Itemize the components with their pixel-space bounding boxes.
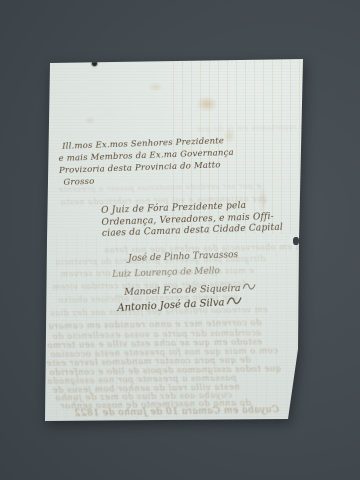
address-block: Ill.mos Ex.mos Senhores Prezidente e mai… — [58, 135, 235, 189]
manuscript-paper: aos quaes nos reportamos em fe do que e … — [0, 0, 360, 480]
torn-edge-notch-icon — [293, 237, 299, 245]
body-paragraph: O Juiz de Fóra Prezidente pela Ordenança… — [101, 200, 283, 241]
foxing-stain — [84, 116, 96, 125]
manuscript-paper-wrapper: aos quaes nos reportamos em fe do que e … — [0, 0, 360, 480]
signature-rubric-icon — [226, 294, 243, 310]
ink-spot — [92, 61, 97, 66]
bleedthrough-line: aos quaes nos reportamos em fe do que — [196, 123, 356, 134]
foxing-stain — [196, 96, 218, 112]
photo-of-manuscript: { "scene": { "background_color": "#3d444… — [0, 0, 360, 480]
signature-rubric-icon — [242, 281, 256, 294]
foxing-stain — [148, 82, 163, 92]
